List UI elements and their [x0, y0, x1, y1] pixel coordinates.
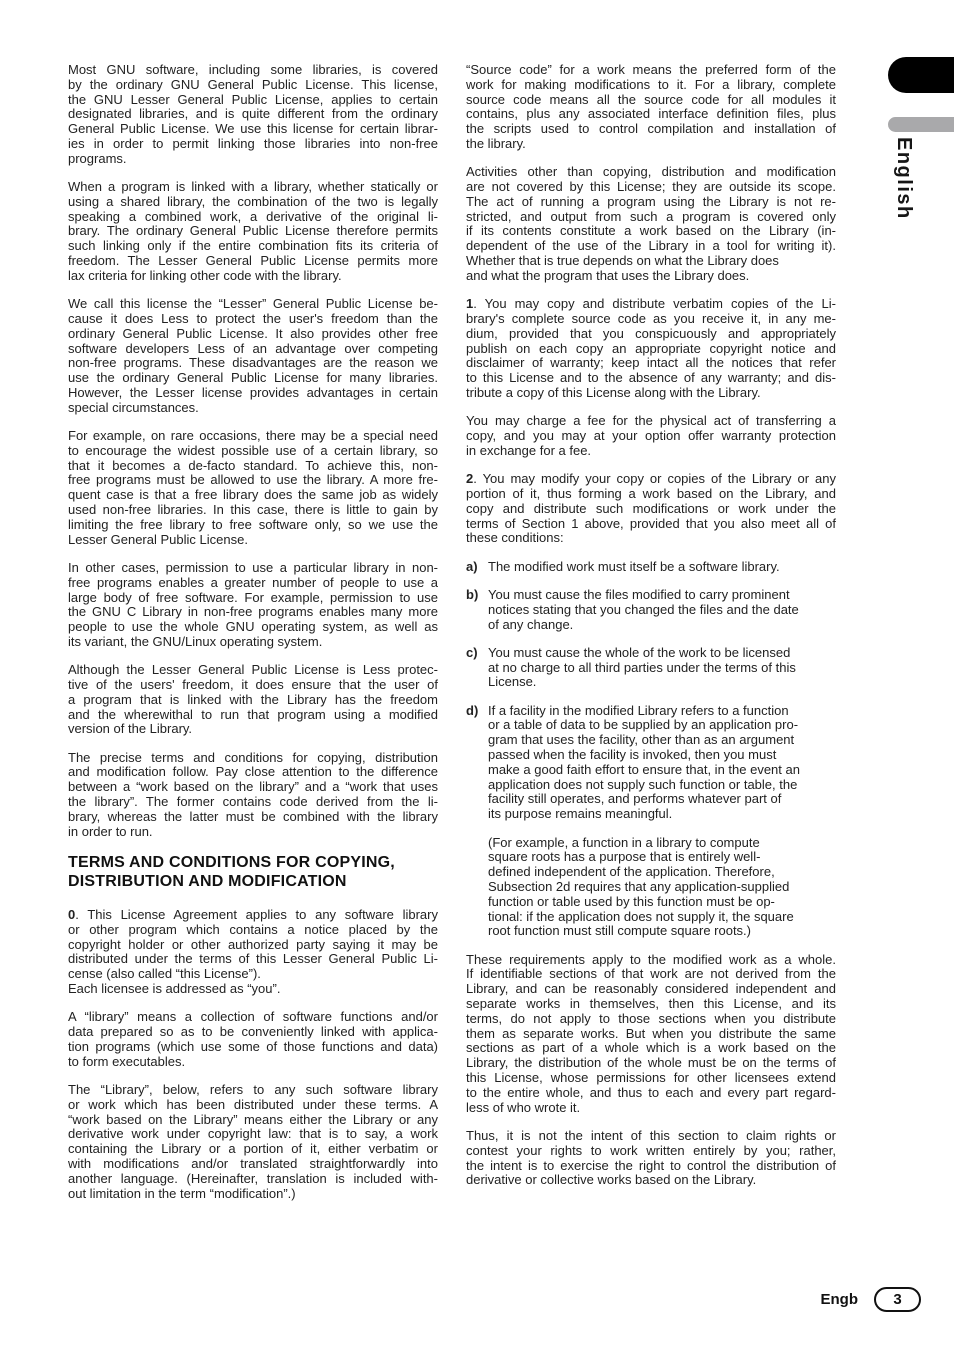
text-line: portion of it, thus forming a work based… — [466, 487, 836, 502]
text-line: cause it does Less to protect the user's… — [68, 312, 438, 327]
list-item-label: c) — [466, 646, 478, 661]
text-line: the GNU Lesser General Public License, a… — [68, 93, 438, 108]
text-line: less of who wrote it. — [466, 1101, 836, 1116]
text-line: a program that is linked with the Librar… — [68, 693, 438, 708]
text-line: In other cases, permission to use a part… — [68, 561, 438, 576]
note-paragraph: (For example, a function in a library to… — [466, 836, 836, 940]
text-line: the library. — [466, 137, 836, 152]
text-line: and the wherewithal to run that program … — [68, 708, 438, 723]
clause-number: 1 — [466, 296, 473, 311]
paragraph: We call this license the “Lesser” Genera… — [68, 297, 438, 415]
left-column: Most GNU software, including some librar… — [68, 63, 438, 1215]
text-line: them as separate works. But when you dis… — [466, 1027, 836, 1042]
text-line: If identifiable sections of that work ar… — [466, 967, 836, 982]
text-line: brary, whereas the latter must be combin… — [68, 810, 438, 825]
text-line: this License, whose permissions for othe… — [466, 1071, 836, 1086]
list-item-label: a) — [466, 560, 478, 575]
text-line: defined independent of the application. … — [488, 865, 836, 880]
paragraph: 0. This License Agreement applies to any… — [68, 908, 438, 997]
text-line: Thus, it is not the intent of this secti… — [466, 1129, 836, 1144]
text-line: people to use the whole GNU operating sy… — [68, 620, 438, 635]
text-line: limiting the free library to free softwa… — [68, 518, 438, 533]
text-line: version of the Library. — [68, 722, 438, 737]
text-line: contest your rights to work written enti… — [466, 1144, 836, 1159]
paragraph: The “Library”, below, refers to any such… — [68, 1083, 438, 1201]
text-line: “work based on the Library” means either… — [68, 1113, 438, 1128]
text-line: to this License and to the absence of an… — [466, 371, 836, 386]
text-line: dium, provided that you conspicuously an… — [466, 327, 836, 342]
text-line: programs. — [68, 152, 438, 167]
paragraph: A “library” means a collection of softwa… — [68, 1010, 438, 1069]
text-line: ordinary General Public License. It also… — [68, 327, 438, 342]
text-line: passed when the facility is invoked, the… — [488, 748, 836, 763]
text-line: containing the Library or a portion of i… — [68, 1142, 438, 1157]
text-line: and what the program that uses the Libra… — [466, 269, 836, 284]
text-line: source code means all the source code fo… — [466, 93, 836, 108]
text-line: However, the Lesser license provides adv… — [68, 386, 438, 401]
text-line: with modifications and/or translated str… — [68, 1157, 438, 1172]
text-line: out limitation in the term “modification… — [68, 1187, 438, 1202]
text-line: When a program is linked with a library,… — [68, 180, 438, 195]
text-line: the library”. The former contains code d… — [68, 795, 438, 810]
text-line: large body of free software. For example… — [68, 591, 438, 606]
paragraph: Activities other than copying, distribut… — [466, 165, 836, 283]
text-line: quent case is that a free library does t… — [68, 488, 438, 503]
text-line: publish on each copy an appropriate copy… — [466, 342, 836, 357]
list-item: b)You must cause the files modified to c… — [466, 588, 836, 632]
text-line: dependent of the use of the Library in a… — [466, 239, 836, 254]
text-line: its purpose remains meaningful. — [488, 807, 836, 822]
text-line: sections as part of a whole which is a w… — [466, 1041, 836, 1056]
text-line: tribute a copy of this License along wit… — [466, 386, 836, 401]
text-line: Whether that is true depends on what the… — [466, 254, 836, 269]
language-tab-bar — [888, 117, 954, 132]
text-line: are not covered by this License; they ar… — [466, 180, 836, 195]
text-line: The modified work must itself be a softw… — [488, 560, 836, 575]
text-line: tional: if the application does not supp… — [488, 910, 836, 925]
text-line: terms, do not apply to those sections wh… — [466, 1012, 836, 1027]
text-line: Library, the distribution of the whole m… — [466, 1056, 836, 1071]
list-item-label: d) — [466, 704, 478, 719]
text-line: Activities other than copying, distribut… — [466, 165, 836, 180]
text-line: brary. The ordinary General Public Licen… — [68, 224, 438, 239]
text-line: These requirements apply to the modified… — [466, 953, 836, 968]
footer-region-code: Engb — [821, 1291, 859, 1308]
text-line: ies in order to permit linking those lib… — [68, 137, 438, 152]
text-line: special circumstances. — [68, 401, 438, 416]
right-column: “Source code” for a work means the prefe… — [466, 63, 836, 1202]
paragraph: You may charge a fee for the physical ac… — [466, 414, 836, 458]
paragraph: The precise terms and conditions for cop… — [68, 751, 438, 840]
paragraph: When a program is linked with a library,… — [68, 180, 438, 284]
text-line: We call this license the “Lesser” Genera… — [68, 297, 438, 312]
text-line: using a shared library, the combination … — [68, 195, 438, 210]
text-line: copy and distribute such modifications o… — [466, 502, 836, 517]
text-line: application does not supply such functio… — [488, 778, 836, 793]
text-line: separate works in themselves, then this … — [466, 997, 836, 1012]
text-line: You must cause the whole of the work to … — [488, 646, 836, 661]
text-line: work for making modifications to it. For… — [466, 78, 836, 93]
text-line: the intent is to exercise the right to c… — [466, 1159, 836, 1174]
list-item-label: b) — [466, 588, 478, 603]
text-line: notices stating that you changed the fil… — [488, 603, 836, 618]
text-line: speaking a combined work, a derivative o… — [68, 210, 438, 225]
text-line: square roots has a purpose that is entir… — [488, 850, 836, 865]
clause-number: 2 — [466, 471, 473, 486]
text-line: disclaimer of warranty; keep intact all … — [466, 356, 836, 371]
text-line: tive of the users' freedom, it does ensu… — [68, 678, 438, 693]
page-number-badge: 3 — [874, 1287, 921, 1312]
text-line: gram that uses the facility, other than … — [488, 733, 836, 748]
text-line: at no charge to all third parties under … — [488, 661, 836, 676]
text-line: or a table of data to be supplied by an … — [488, 718, 836, 733]
text-line: The “Library”, below, refers to any such… — [68, 1083, 438, 1098]
text-line: if its contents constitute a work based … — [466, 224, 836, 239]
page-footer: Engb 3 — [821, 1287, 922, 1312]
text-line: another language. (Hereinafter, translat… — [68, 1172, 438, 1187]
text-line: Lesser General Public License. — [68, 533, 438, 548]
text-line: distributed under the terms of this Less… — [68, 952, 438, 967]
text-line: to form executables. — [68, 1055, 438, 1070]
text-line: function or table used by this function … — [488, 895, 836, 910]
text-line: derivative or collective works based on … — [466, 1173, 836, 1188]
text-line: tion programs (which use some of those f… — [68, 1040, 438, 1055]
language-tab — [888, 57, 954, 93]
paragraph: 1. You may copy and distribute verbatim … — [466, 297, 836, 401]
paragraph: In other cases, permission to use a part… — [68, 561, 438, 650]
text-line: contains, plus any associated interface … — [466, 107, 836, 122]
paragraph: Although the Lesser General Public Licen… — [68, 663, 438, 737]
text-line: to encourage the widest possible use of … — [68, 444, 438, 459]
page-number: 3 — [893, 1291, 901, 1308]
text-line: in order to run. — [68, 825, 438, 840]
text-line: stricted, and output from such a program… — [466, 210, 836, 225]
text-line: that it becomes a de-facto standard. To … — [68, 459, 438, 474]
text-line: You may charge a fee for the physical ac… — [466, 414, 836, 429]
text-line: free programs must be allowed to use the… — [68, 473, 438, 488]
paragraph: Most GNU software, including some librar… — [68, 63, 438, 167]
text-line: DISTRIBUTION AND MODIFICATION — [68, 872, 438, 891]
text-line: freedom. The Lesser General Public Licen… — [68, 254, 438, 269]
text-line: If a facility in the modified Library re… — [488, 704, 836, 719]
text-line: use the ordinary General Public License … — [68, 371, 438, 386]
text-line: brary's complete source code as you rece… — [466, 312, 836, 327]
text-line: and modification follow. Pay close atten… — [68, 765, 438, 780]
text-line: The precise terms and conditions for cop… — [68, 751, 438, 766]
text-line: its variant, the GNU/Linux operating sys… — [68, 635, 438, 650]
text-line: non-free programs. These disadvantages a… — [68, 356, 438, 371]
paragraph: For example, on rare occasions, there ma… — [68, 429, 438, 547]
text-line: The act of running a program using the L… — [466, 195, 836, 210]
text-line: terms of Section 1 above, provided that … — [466, 517, 836, 532]
text-line: software developers Less of an advantage… — [68, 342, 438, 357]
text-line: derivative work under copyright law: tha… — [68, 1127, 438, 1142]
text-line: facility still operates, and performs wh… — [488, 792, 836, 807]
language-label: English — [892, 137, 915, 220]
list-item: a)The modified work must itself be a sof… — [466, 560, 836, 575]
text-line: to the entire whole, and thus to each an… — [466, 1086, 836, 1101]
text-line: such linking only if the entire combinat… — [68, 239, 438, 254]
text-line: Each licensee is addressed as “you”. — [68, 982, 438, 997]
text-line: 2. You may modify your copy or copies of… — [466, 472, 836, 487]
paragraph: Thus, it is not the intent of this secti… — [466, 1129, 836, 1188]
text-line: copy, and you may at your option offer w… — [466, 429, 836, 444]
text-line: TERMS AND CONDITIONS FOR COPYING, — [68, 853, 438, 872]
text-line: make a good faith effort to ensure that,… — [488, 763, 836, 778]
text-line: root function must still compute square … — [488, 924, 836, 939]
text-line: the GNU C Library in non-free programs e… — [68, 605, 438, 620]
text-line: these conditions: — [466, 531, 836, 546]
text-line: You must cause the files modified to car… — [488, 588, 836, 603]
text-line: used non-free libraries. In this case, t… — [68, 503, 438, 518]
text-line: (For example, a function in a library to… — [488, 836, 836, 851]
text-line: Most GNU software, including some librar… — [68, 63, 438, 78]
text-line: A “library” means a collection of softwa… — [68, 1010, 438, 1025]
text-line: free programs enables a greater number o… — [68, 576, 438, 591]
list-item: d)If a facility in the modified Library … — [466, 704, 836, 822]
text-line: 0. This License Agreement applies to any… — [68, 908, 438, 923]
text-line: For example, on rare occasions, there ma… — [68, 429, 438, 444]
text-line: of any change. — [488, 618, 836, 633]
text-line: between a “work based on the library” an… — [68, 780, 438, 795]
text-line: “Source code” for a work means the prefe… — [466, 63, 836, 78]
text-line: by the ordinary GNU General Public Licen… — [68, 78, 438, 93]
clause-number: 0 — [68, 907, 75, 922]
text-line: data prepared so as to be conveniently l… — [68, 1025, 438, 1040]
text-line: Library, and can be reasonably considere… — [466, 982, 836, 997]
text-line: cense (also called “this License”). — [68, 967, 438, 982]
text-line: or work which has been distributed under… — [68, 1098, 438, 1113]
text-line: or other program which contains a notice… — [68, 923, 438, 938]
text-line: lax criteria for linking other code with… — [68, 269, 438, 284]
text-line: License. — [488, 675, 836, 690]
text-line: the scripts used to control compilation … — [466, 122, 836, 137]
section-heading: TERMS AND CONDITIONS FOR COPYING,DISTRIB… — [68, 853, 438, 891]
text-line: Subsection 2d requires that any applicat… — [488, 880, 836, 895]
text-line: General Public License. We use this lice… — [68, 122, 438, 137]
text-line: copyright holder or other authorized par… — [68, 938, 438, 953]
paragraph: These requirements apply to the modified… — [466, 953, 836, 1116]
paragraph: 2. You may modify your copy or copies of… — [466, 472, 836, 546]
text-line: designated libraries, and is quite diffe… — [68, 107, 438, 122]
text-line: 1. You may copy and distribute verbatim … — [466, 297, 836, 312]
paragraph: “Source code” for a work means the prefe… — [466, 63, 836, 152]
text-line: Although the Lesser General Public Licen… — [68, 663, 438, 678]
list-item: c)You must cause the whole of the work t… — [466, 646, 836, 690]
text-line: in exchange for a fee. — [466, 444, 836, 459]
